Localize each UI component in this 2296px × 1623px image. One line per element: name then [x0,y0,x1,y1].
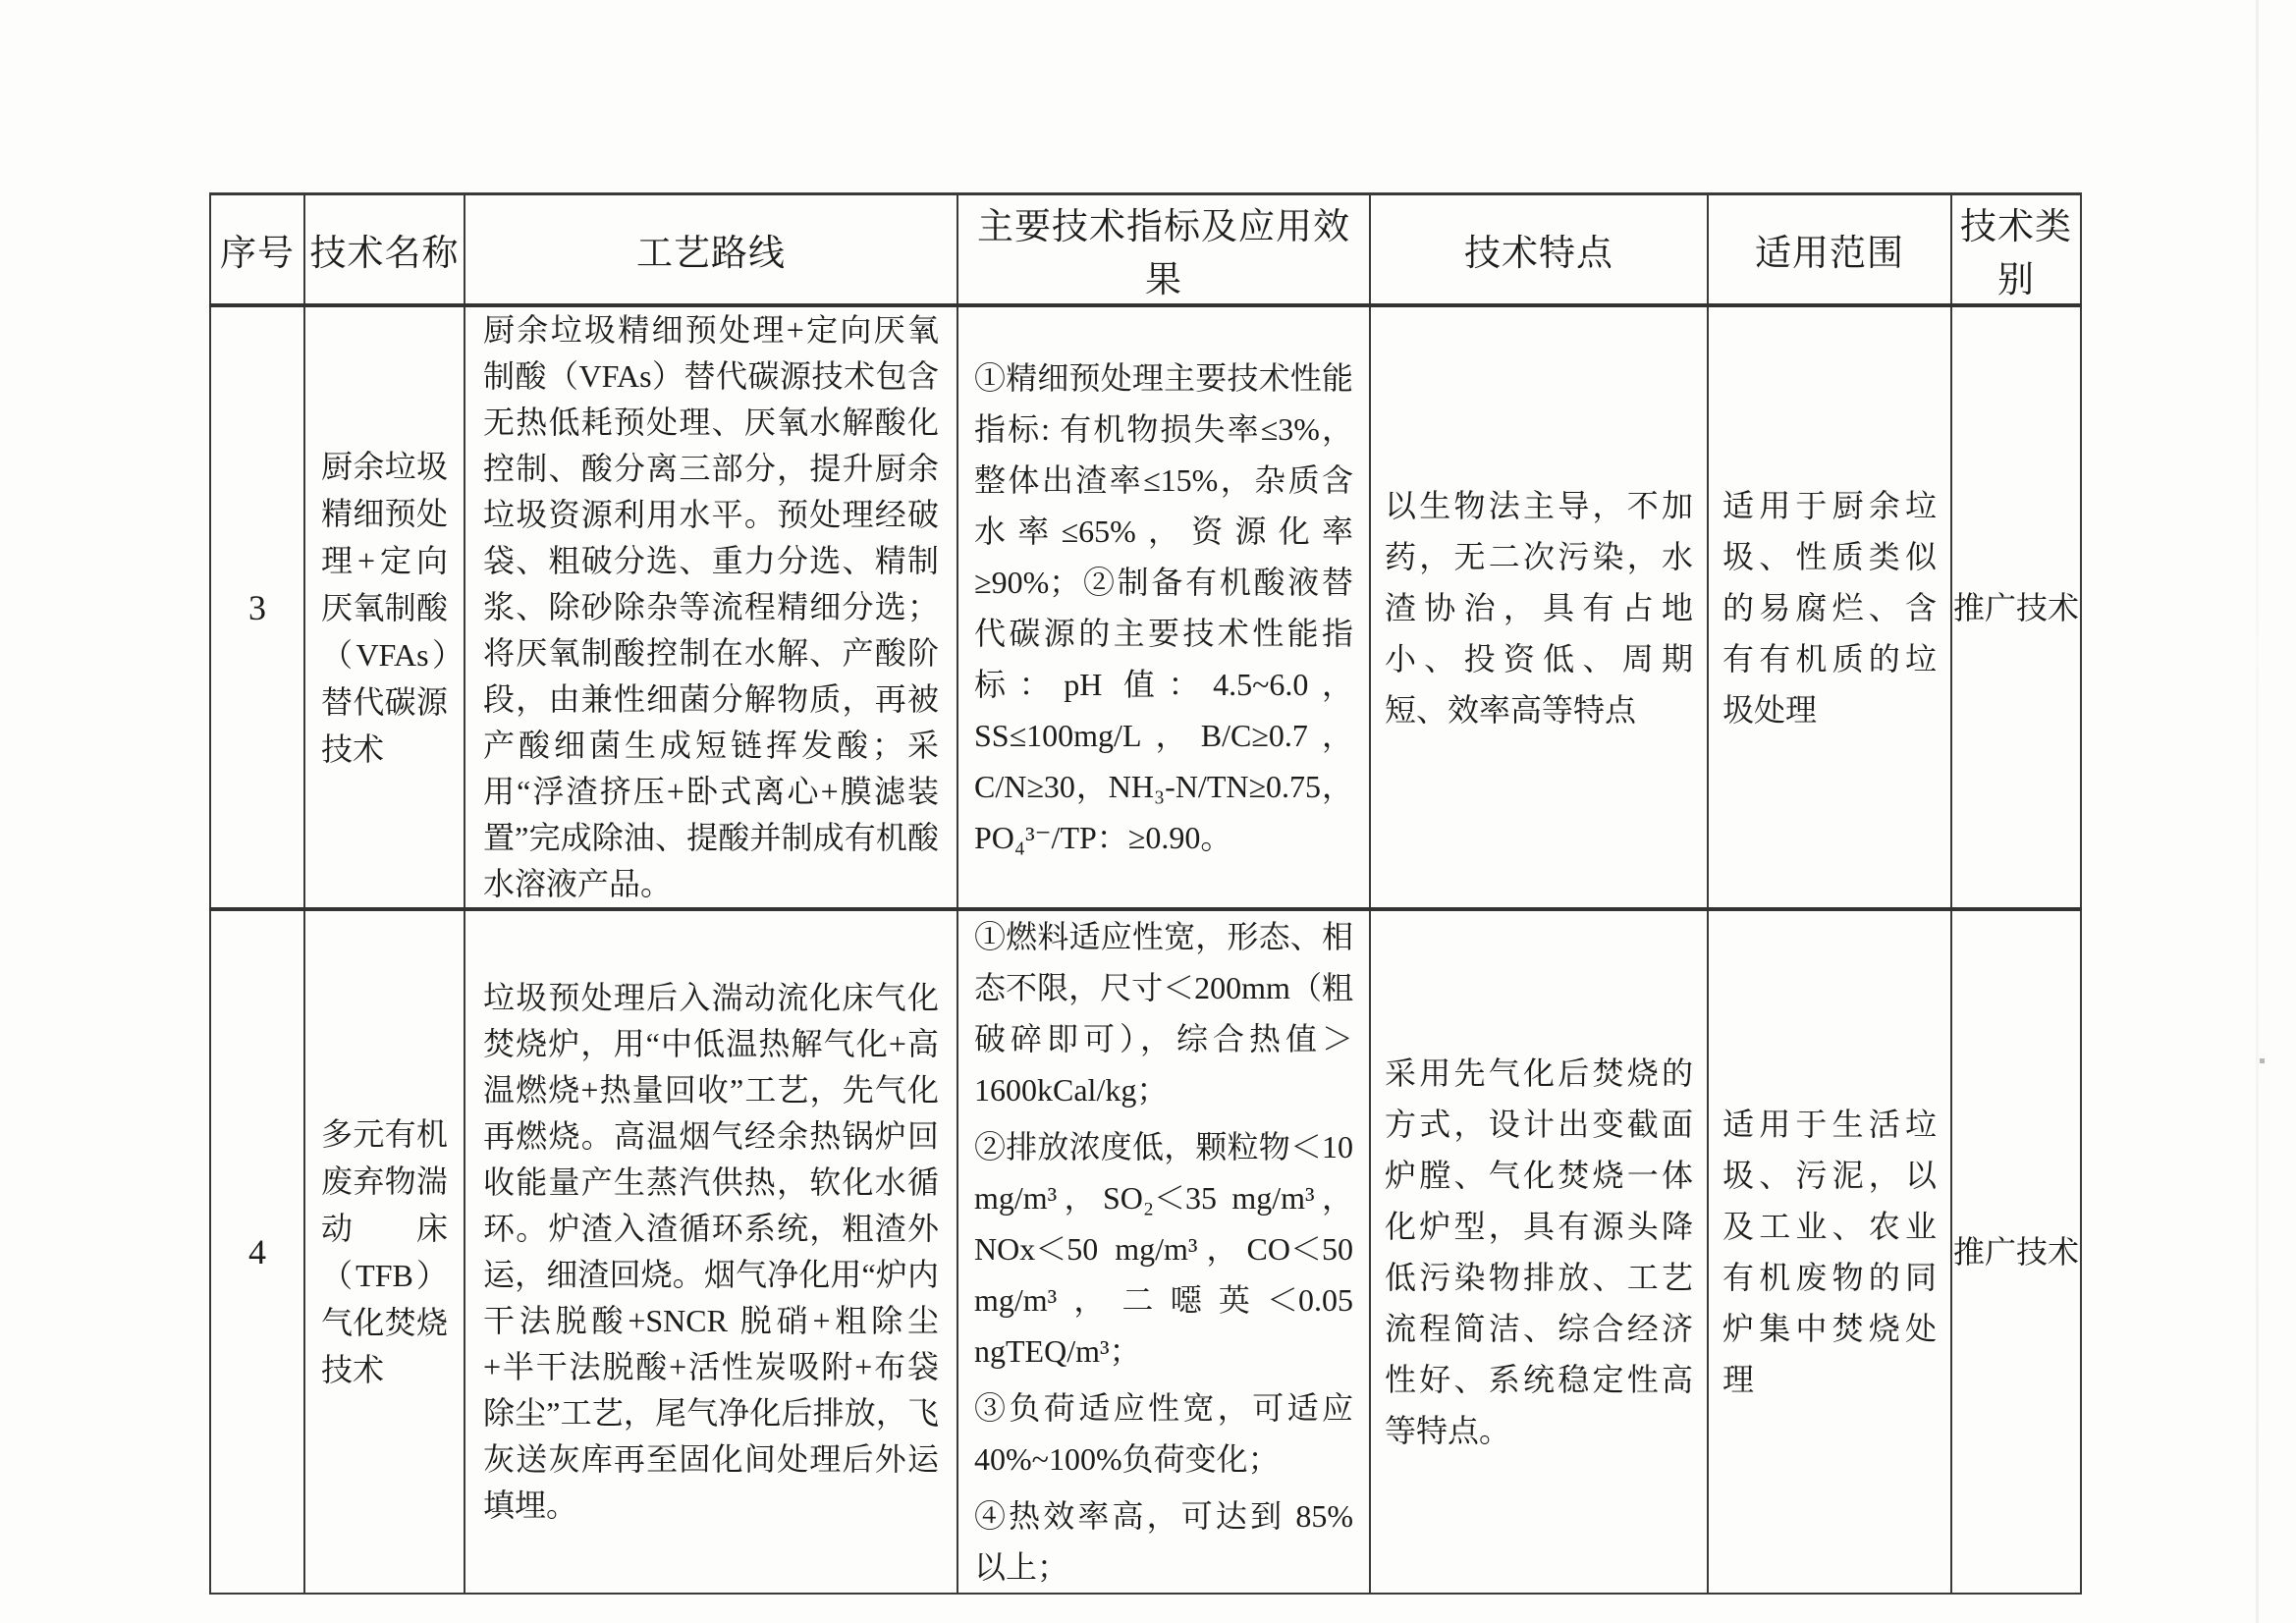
header-technology-name: 技术名称 [304,194,465,306]
header-serial-number: 序号 [210,194,304,306]
indicator-item: ④热效率高，可达到 85%以上； [974,1490,1353,1593]
process-route-cell: 厨余垃圾精细预处理+定向厌氧制酸（VFAs）替代碳源技术包含无热低耗预处理、厌氧… [465,305,957,909]
row-index-cell: 3 [210,305,304,909]
indicators-cell: ①燃料适应性宽，形态、相态不限，尺寸＜200mm（粗破碎即可），综合热值＞160… [957,909,1370,1594]
header-features: 技术特点 [1370,194,1708,306]
header-category: 技术类别 [1951,194,2081,306]
header-process-route: 工艺路线 [465,194,957,306]
scanned-page: 序号 技术名称 工艺路线 主要技术指标及应用效果 技术特点 适用范围 技术类别 … [0,0,2296,1623]
indicator-item: ①燃料适应性宽，形态、相态不限，尺寸＜200mm（粗破碎即可），综合热值＞160… [974,911,1353,1115]
table-row: 4 多元有机废弃物湍动床（TFB）气化焚烧技术 垃圾预处理后入湍动流化床气化焚烧… [210,909,2081,1594]
category-cell: 推广技术 [1951,909,2081,1594]
indicator-item: ①精细预处理主要技术性能指标: 有机物损失率≤3%，整体出渣率≤15%，杂质含水… [974,352,1353,863]
tech-name-cell: 厨余垃圾精细预处理+定向厌氧制酸（VFAs）替代碳源技术 [304,305,465,909]
header-indicators: 主要技术指标及应用效果 [957,194,1370,306]
table-row: 3 厨余垃圾精细预处理+定向厌氧制酸（VFAs）替代碳源技术 厨余垃圾精细预处理… [210,305,2081,909]
category-cell: 推广技术 [1951,305,2081,909]
tech-name-cell: 多元有机废弃物湍动床（TFB）气化焚烧技术 [304,909,465,1594]
features-cell: 以生物法主导，不加药，无二次污染，水渣协治，具有占地小、投资低、周期短、效率高等… [1370,305,1708,909]
scan-speck-artifact [2260,1058,2265,1063]
indicator-item: ②排放浓度低，颗粒物＜10 mg/m³，SO₂＜35 mg/m³，NOx＜50 … [974,1121,1353,1377]
technology-table: 序号 技术名称 工艺路线 主要技术指标及应用效果 技术特点 适用范围 技术类别 … [209,192,2082,1595]
scope-cell: 适用于生活垃圾、污泥，以及工业、农业有机废物的同炉集中焚烧处理 [1708,909,1951,1594]
indicator-item: ③负荷适应性宽，可适应40%~100%负荷变化； [974,1382,1353,1485]
row-index-cell: 4 [210,909,304,1594]
header-scope: 适用范围 [1708,194,1951,306]
indicators-cell: ①精细预处理主要技术性能指标: 有机物损失率≤3%，整体出渣率≤15%，杂质含水… [957,305,1370,909]
features-cell: 采用先气化后焚烧的方式，设计出变截面炉膛、气化焚烧一体化炉型，具有源头降低污染物… [1370,909,1708,1594]
process-route-cell: 垃圾预处理后入湍动流化床气化焚烧炉，用“中低温热解气化+高温燃烧+热量回收”工艺… [465,909,957,1594]
header-row: 序号 技术名称 工艺路线 主要技术指标及应用效果 技术特点 适用范围 技术类别 [210,194,2081,306]
scope-cell: 适用于厨余垃圾、性质类似的易腐烂、含有有机质的垃圾处理 [1708,305,1951,909]
scan-edge-artifact [2256,0,2259,1623]
